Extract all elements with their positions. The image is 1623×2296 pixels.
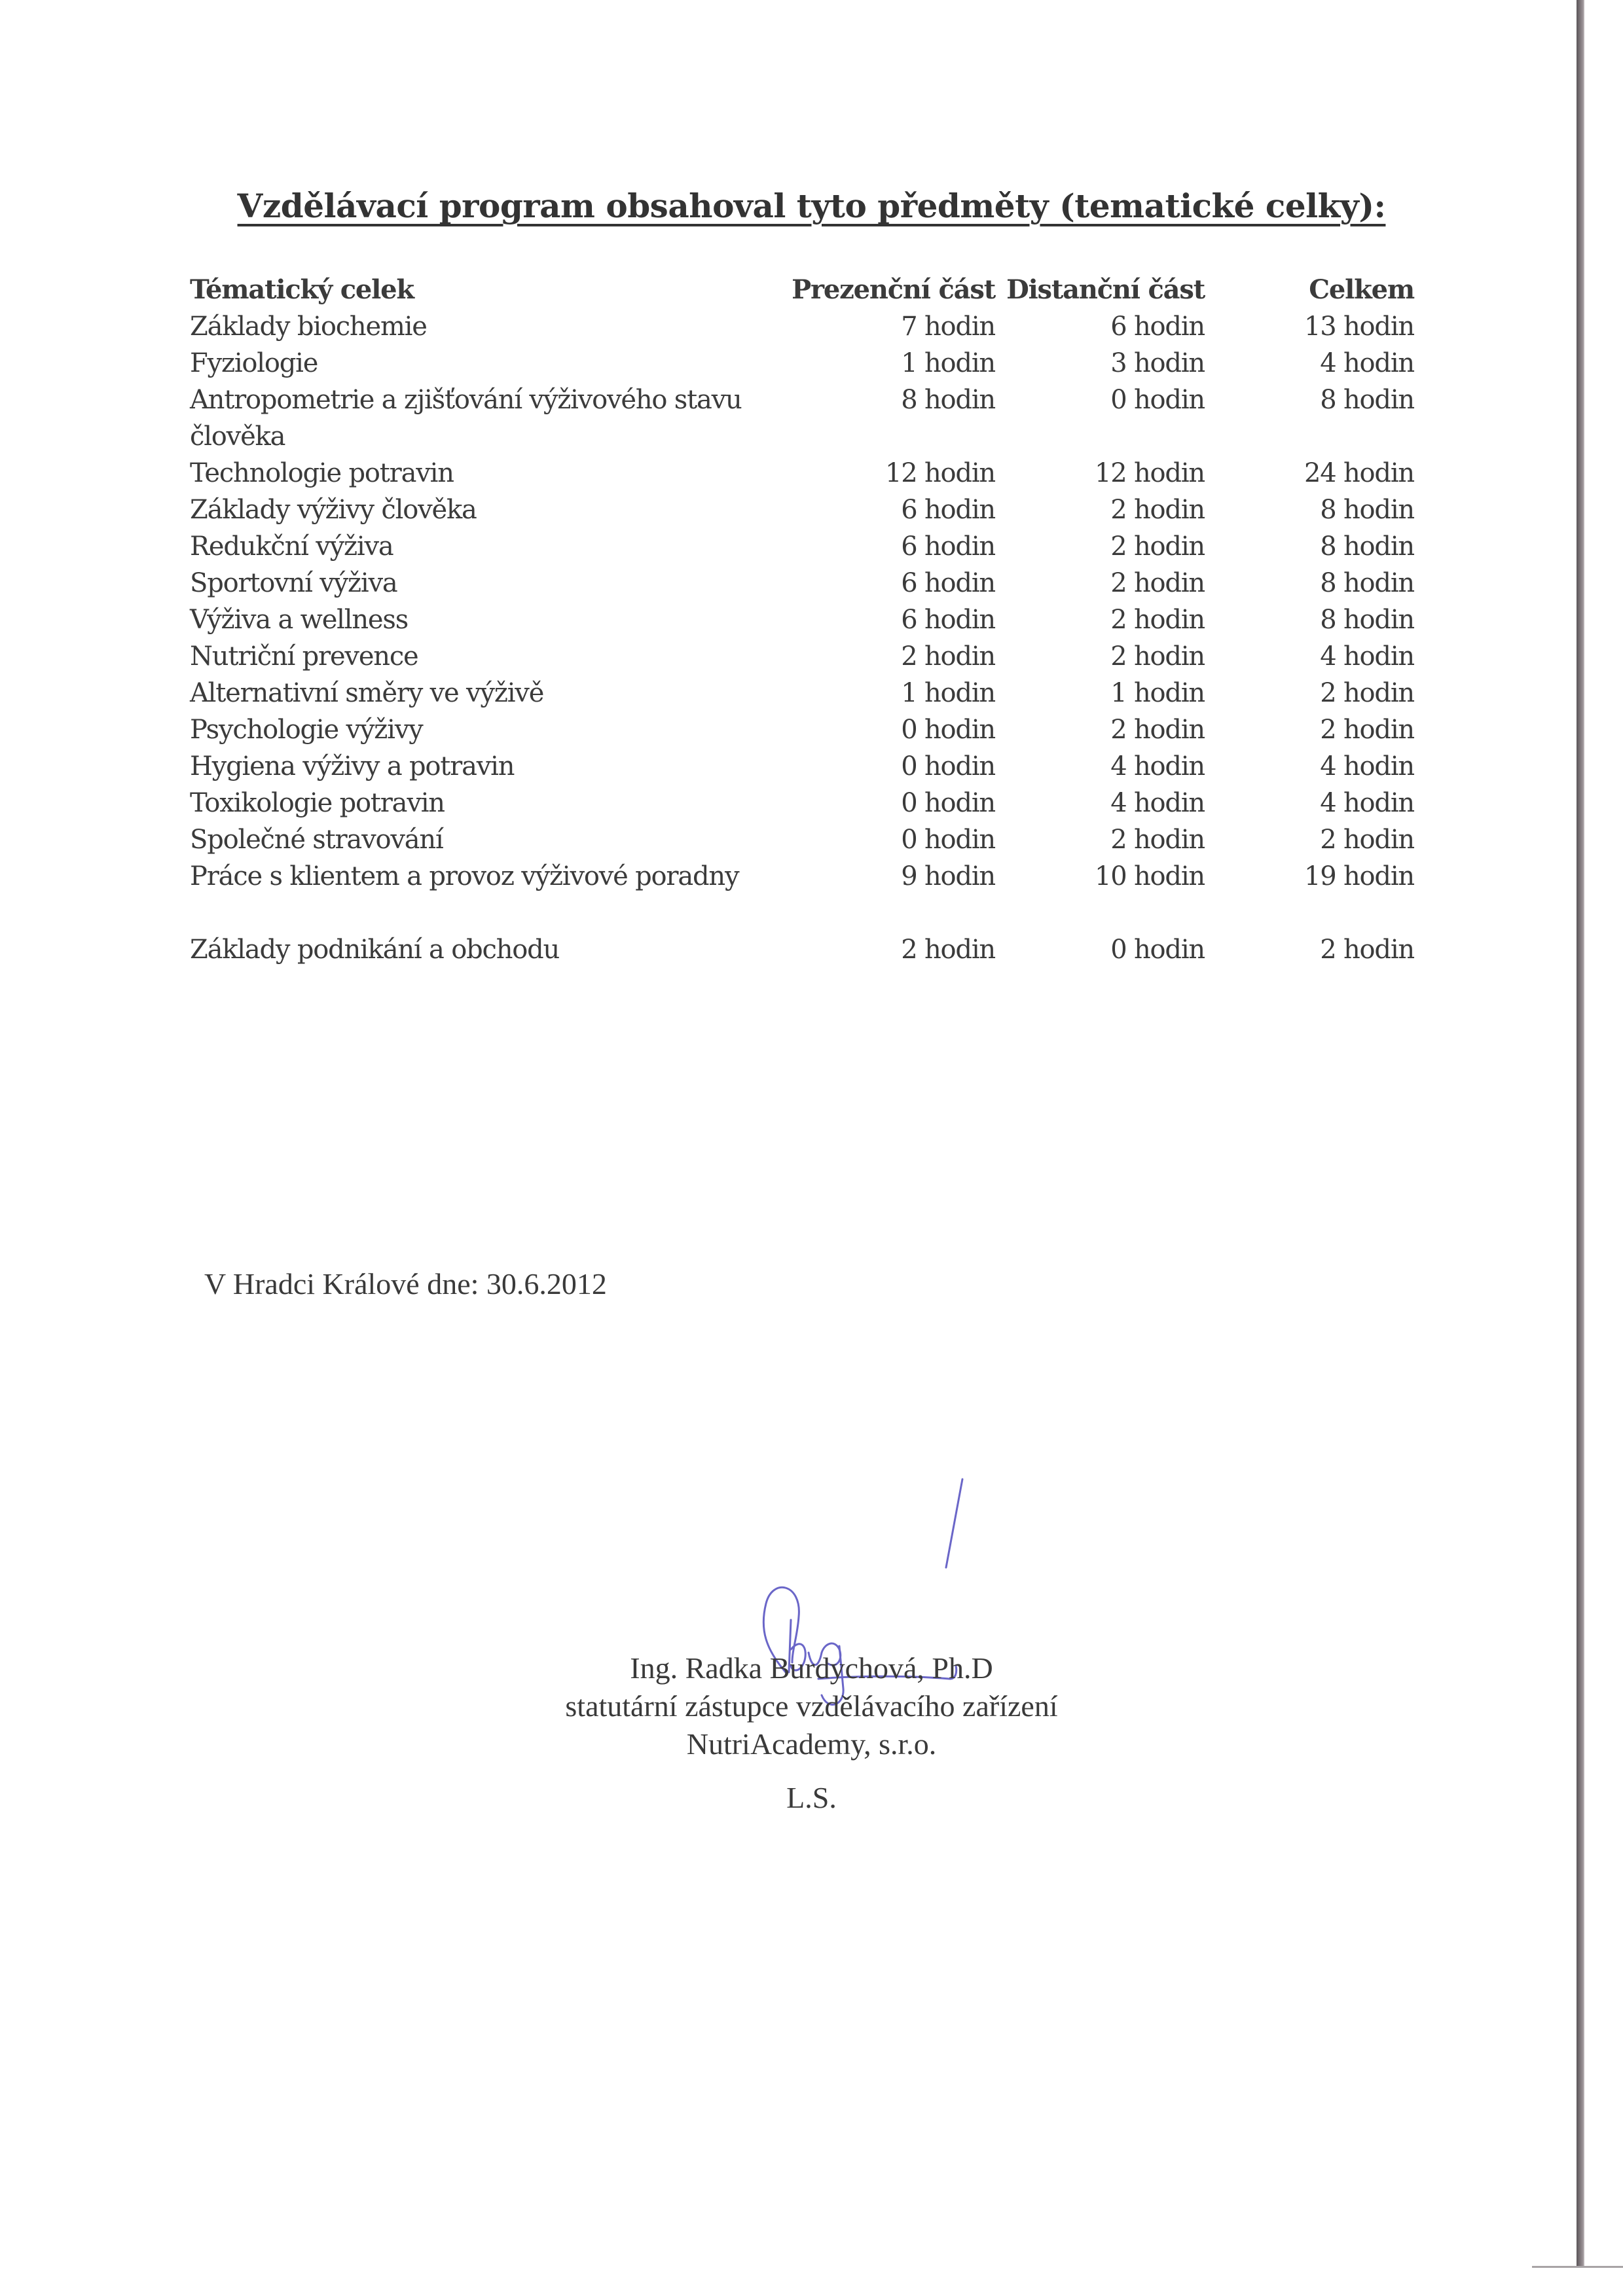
celkem-cell: 4 hodin <box>1320 638 1414 675</box>
table-header-row: Tématický celek Prezenční část Distanční… <box>190 272 1414 308</box>
distancni-cell: 3 hodin <box>1110 345 1205 382</box>
celkem-cell: 8 hodin <box>1320 601 1414 638</box>
subject-cell: Redukční výživa <box>190 528 753 565</box>
celkem-cell: 8 hodin <box>1320 492 1414 528</box>
prezencni-cell: 0 hodin <box>901 748 995 785</box>
subject-cell: Základy biochemie <box>190 308 753 345</box>
scan-edge-bar <box>1577 0 1584 2268</box>
celkem-cell: 2 hodin <box>1320 711 1414 748</box>
prezencni-cell: 9 hodin <box>901 858 995 895</box>
table-row: Hygiena výživy a potravin0 hodin4 hodin4… <box>190 748 1414 785</box>
table-row: Práce s klientem a provoz výživové porad… <box>190 858 1414 931</box>
subject-cell: Alternativní směry ve výživě <box>190 675 753 711</box>
table-body: Základy biochemie7 hodin6 hodin13 hodinF… <box>190 308 1414 968</box>
distancni-cell: 6 hodin <box>1110 308 1205 345</box>
prezencni-cell: 8 hodin <box>901 382 995 418</box>
distancni-cell: 12 hodin <box>1095 455 1205 492</box>
table-row: Psychologie výživy0 hodin2 hodin2 hodin <box>190 711 1414 748</box>
celkem-cell: 4 hodin <box>1320 345 1414 382</box>
celkem-cell: 24 hodin <box>1304 455 1414 492</box>
prezencni-cell: 0 hodin <box>901 785 995 821</box>
celkem-cell: 19 hodin <box>1304 858 1414 895</box>
header-distancni: Distanční část <box>1006 272 1205 308</box>
subject-cell: Technologie potravin <box>190 455 753 492</box>
subject-cell: Toxikologie potravin <box>190 785 753 821</box>
prezencni-cell: 0 hodin <box>901 821 995 858</box>
celkem-cell: 2 hodin <box>1320 821 1414 858</box>
table-row: Toxikologie potravin0 hodin4 hodin4 hodi… <box>190 785 1414 821</box>
signatory-organization: NutriAcademy, s.r.o. <box>0 1725 1623 1763</box>
table-row: Fyziologie1 hodin3 hodin4 hodin <box>190 345 1414 382</box>
document-title: Vzdělávací program obsahoval tyto předmě… <box>0 187 1623 225</box>
celkem-cell: 4 hodin <box>1320 785 1414 821</box>
celkem-cell: 8 hodin <box>1320 382 1414 418</box>
table-row: Sportovní výživa6 hodin2 hodin8 hodin <box>190 565 1414 601</box>
prezencni-cell: 6 hodin <box>901 492 995 528</box>
prezencni-cell: 6 hodin <box>901 601 995 638</box>
table-row: Společné stravování0 hodin2 hodin2 hodin <box>190 821 1414 858</box>
signatory-role: statutární zástupce vzdělávacího zařízen… <box>0 1687 1623 1725</box>
distancni-cell: 1 hodin <box>1110 675 1205 711</box>
distancni-cell: 2 hodin <box>1110 565 1205 601</box>
subject-cell: Antropometrie a zjišťování výživového st… <box>190 382 753 455</box>
table-row: Základy biochemie7 hodin6 hodin13 hodin <box>190 308 1414 345</box>
subject-cell: Výživa a wellness <box>190 601 753 638</box>
prezencni-cell: 2 hodin <box>901 638 995 675</box>
prezencni-cell: 1 hodin <box>901 345 995 382</box>
distancni-cell: 2 hodin <box>1110 711 1205 748</box>
table-row: Nutriční prevence2 hodin2 hodin4 hodin <box>190 638 1414 675</box>
distancni-cell: 0 hodin <box>1110 931 1205 968</box>
header-prezencni: Prezenční část <box>792 272 995 308</box>
distancni-cell: 2 hodin <box>1110 492 1205 528</box>
distancni-cell: 10 hodin <box>1095 858 1205 895</box>
date-line: V Hradci Králové dne: 30.6.2012 <box>204 1266 607 1301</box>
celkem-cell: 8 hodin <box>1320 528 1414 565</box>
prezencni-cell: 6 hodin <box>901 565 995 601</box>
subject-cell: Nutriční prevence <box>190 638 753 675</box>
celkem-cell: 2 hodin <box>1320 675 1414 711</box>
subject-cell: Práce s klientem a provoz výživové porad… <box>190 858 753 895</box>
subjects-table: Tématický celek Prezenční část Distanční… <box>190 272 1414 968</box>
celkem-cell: 13 hodin <box>1304 308 1414 345</box>
celkem-cell: 8 hodin <box>1320 565 1414 601</box>
prezencni-cell: 0 hodin <box>901 711 995 748</box>
prezencni-cell: 7 hodin <box>901 308 995 345</box>
table-row: Antropometrie a zjišťování výživového st… <box>190 382 1414 455</box>
distancni-cell: 2 hodin <box>1110 821 1205 858</box>
table-row: Technologie potravin12 hodin12 hodin24 h… <box>190 455 1414 492</box>
subject-cell: Sportovní výživa <box>190 565 753 601</box>
distancni-cell: 4 hodin <box>1110 748 1205 785</box>
seal-mark: L.S. <box>0 1780 1623 1815</box>
scan-edge-line <box>1532 2266 1623 2268</box>
prezencni-cell: 6 hodin <box>901 528 995 565</box>
table-row: Redukční výživa6 hodin2 hodin8 hodin <box>190 528 1414 565</box>
subject-cell: Základy podnikání a obchodu <box>190 931 753 968</box>
table-row: Výživa a wellness6 hodin2 hodin8 hodin <box>190 601 1414 638</box>
celkem-cell: 2 hodin <box>1320 931 1414 968</box>
signature-block: Ing. Radka Burdychová, Ph.D statutární z… <box>0 1649 1623 1763</box>
distancni-cell: 0 hodin <box>1110 382 1205 418</box>
subject-cell: Hygiena výživy a potravin <box>190 748 753 785</box>
distancni-cell: 2 hodin <box>1110 528 1205 565</box>
distancni-cell: 4 hodin <box>1110 785 1205 821</box>
prezencni-cell: 1 hodin <box>901 675 995 711</box>
table-row: Základy výživy člověka6 hodin2 hodin8 ho… <box>190 492 1414 528</box>
table-row: Základy podnikání a obchodu2 hodin0 hodi… <box>190 931 1414 968</box>
celkem-cell: 4 hodin <box>1320 748 1414 785</box>
subject-cell: Fyziologie <box>190 345 753 382</box>
prezencni-cell: 2 hodin <box>901 931 995 968</box>
header-celkem: Celkem <box>1309 272 1414 308</box>
subject-cell: Společné stravování <box>190 821 753 858</box>
table-row: Alternativní směry ve výživě1 hodin1 hod… <box>190 675 1414 711</box>
header-subject: Tématický celek <box>190 272 753 308</box>
distancni-cell: 2 hodin <box>1110 601 1205 638</box>
subject-cell: Psychologie výživy <box>190 711 753 748</box>
subject-cell: Základy výživy člověka <box>190 492 753 528</box>
prezencni-cell: 12 hodin <box>885 455 995 492</box>
document-title-text: Vzdělávací program obsahoval tyto předmě… <box>238 187 1386 225</box>
signatory-name: Ing. Radka Burdychová, Ph.D <box>0 1649 1623 1687</box>
distancni-cell: 2 hodin <box>1110 638 1205 675</box>
